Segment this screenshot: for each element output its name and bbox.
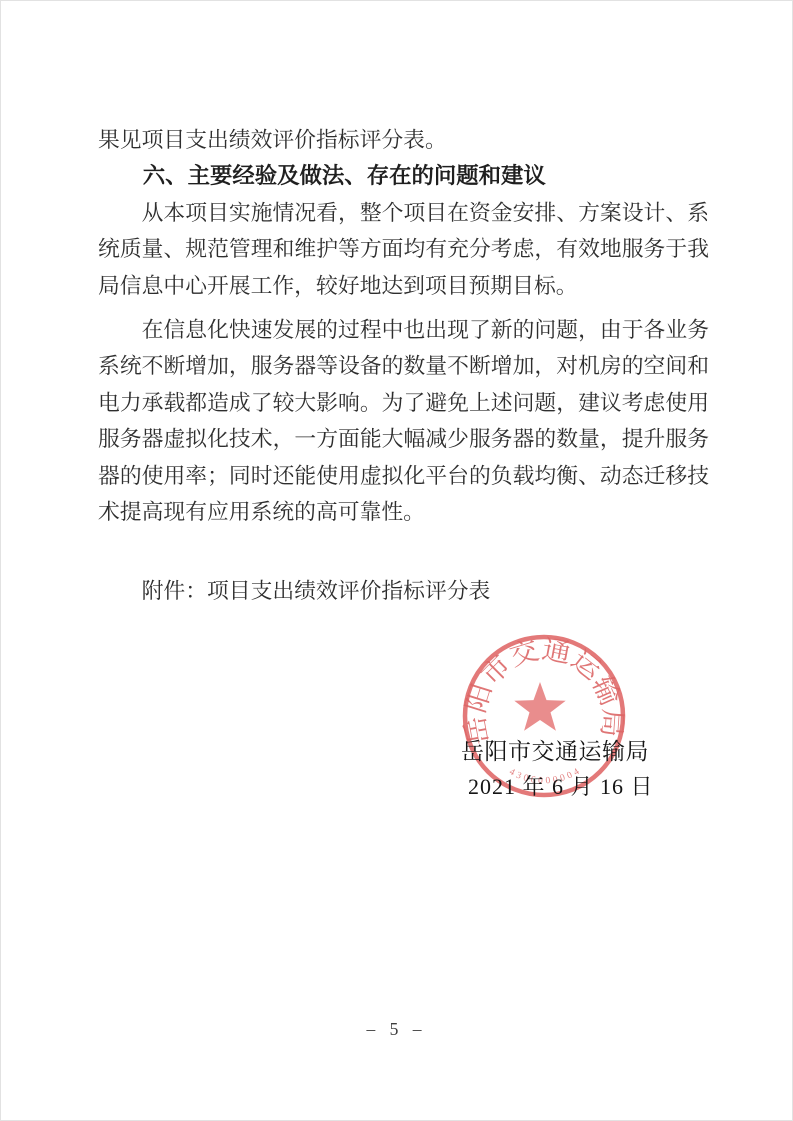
paragraph1-line: 局信息中心开展工作，较好地达到项目预期目标。 xyxy=(98,268,709,304)
document-page: 果见项目支出绩效评价指标评分表。 六、主要经验及做法、存在的问题和建议 从本项目… xyxy=(0,0,793,1121)
seal-star-icon xyxy=(514,682,565,731)
signature-date: 2021 年 6 月 16 日 xyxy=(461,769,654,804)
document-text-block: 果见项目支出绩效评价指标评分表。 六、主要经验及做法、存在的问题和建议 从本项目… xyxy=(98,122,709,610)
body-line: 果见项目支出绩效评价指标评分表。 xyxy=(98,122,709,158)
page-number: – 5 – xyxy=(1,1019,792,1040)
paragraph2-line: 器的使用率；同时还能使用虚拟化平台的负载均衡、动态迁移技 xyxy=(98,458,709,494)
paragraph2-line: 电力承载都造成了较大影响。为了避免上述问题，建议考虑使用 xyxy=(98,385,709,421)
attachment-line: 附件：项目支出绩效评价指标评分表 xyxy=(98,573,709,609)
paragraph1-line: 统质量、规范管理和维护等方面均有充分考虑，有效地服务于我 xyxy=(98,231,709,267)
paragraph2-line: 在信息化快速发展的过程中也出现了新的问题，由于各业务 xyxy=(98,312,709,348)
paragraph2-line: 术提高现有应用系统的高可靠性。 xyxy=(98,494,709,530)
paragraph2-line: 系统不断增加，服务器等设备的数量不断增加，对机房的空间和 xyxy=(98,348,709,384)
paragraph2-line: 服务器虚拟化技术，一方面能大幅减少服务器的数量，提升服务 xyxy=(98,421,709,457)
seal-arc-text: 岳阳市交通运输局 xyxy=(460,634,628,747)
paragraph1-line: 从本项目实施情况看，整个项目在资金安排、方案设计、系 xyxy=(98,195,709,231)
section-heading: 六、主要经验及做法、存在的问题和建议 xyxy=(98,158,709,194)
signature-organization: 岳阳市交通运输局 xyxy=(461,734,654,769)
signature-block: 岳阳市交通运输局 2021 年 6 月 16 日 xyxy=(461,734,654,804)
